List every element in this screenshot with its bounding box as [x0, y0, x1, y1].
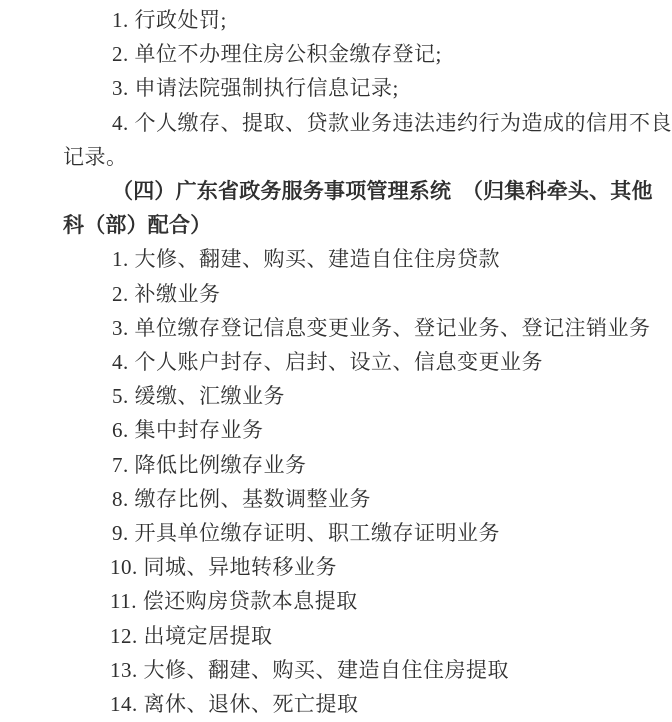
list-item-s4-7: 7. 降低比例缴存业务 — [63, 448, 664, 482]
list-item-s4-5: 5. 缓缴、汇缴业务 — [63, 379, 664, 413]
list-item-s4-1: 1. 大修、翻建、购买、建造自住住房贷款 — [63, 242, 664, 276]
list-item-4-wrap: 记录。 — [63, 140, 664, 174]
list-item-s4-3: 3. 单位缴存登记信息变更业务、登记业务、登记注销业务 — [63, 311, 664, 345]
list-item-4: 4. 个人缴存、提取、贷款业务违法违约行为造成的信用不良 — [63, 106, 664, 140]
list-item-2: 2. 单位不办理住房公积金缴存登记; — [63, 37, 664, 71]
list-item-s4-6: 6. 集中封存业务 — [63, 413, 664, 447]
list-item-s4-8: 8. 缴存比例、基数调整业务 — [63, 482, 664, 516]
document-page: 1. 行政处罚; 2. 单位不办理住房公积金缴存登记; 3. 申请法院强制执行信… — [0, 0, 672, 722]
list-item-3: 3. 申请法院强制执行信息记录; — [63, 71, 664, 105]
list-item-s4-11: 11. 偿还购房贷款本息提取 — [63, 584, 664, 618]
list-item-s4-12: 12. 出境定居提取 — [63, 619, 664, 653]
list-item-s4-14: 14. 离休、退休、死亡提取 — [63, 687, 664, 721]
list-item-s4-4: 4. 个人账户封存、启封、设立、信息变更业务 — [63, 345, 664, 379]
list-item-s4-13: 13. 大修、翻建、购买、建造自住住房提取 — [63, 653, 664, 687]
list-item-1: 1. 行政处罚; — [63, 3, 664, 37]
section-heading-wrap: 科（部）配合） — [63, 208, 664, 242]
list-item-s4-10: 10. 同城、异地转移业务 — [63, 550, 664, 584]
list-item-s4-2: 2. 补缴业务 — [63, 277, 664, 311]
section-heading: （四）广东省政务服务事项管理系统 （归集科牵头、其他 — [63, 174, 664, 208]
list-item-s4-9: 9. 开具单位缴存证明、职工缴存证明业务 — [63, 516, 664, 550]
